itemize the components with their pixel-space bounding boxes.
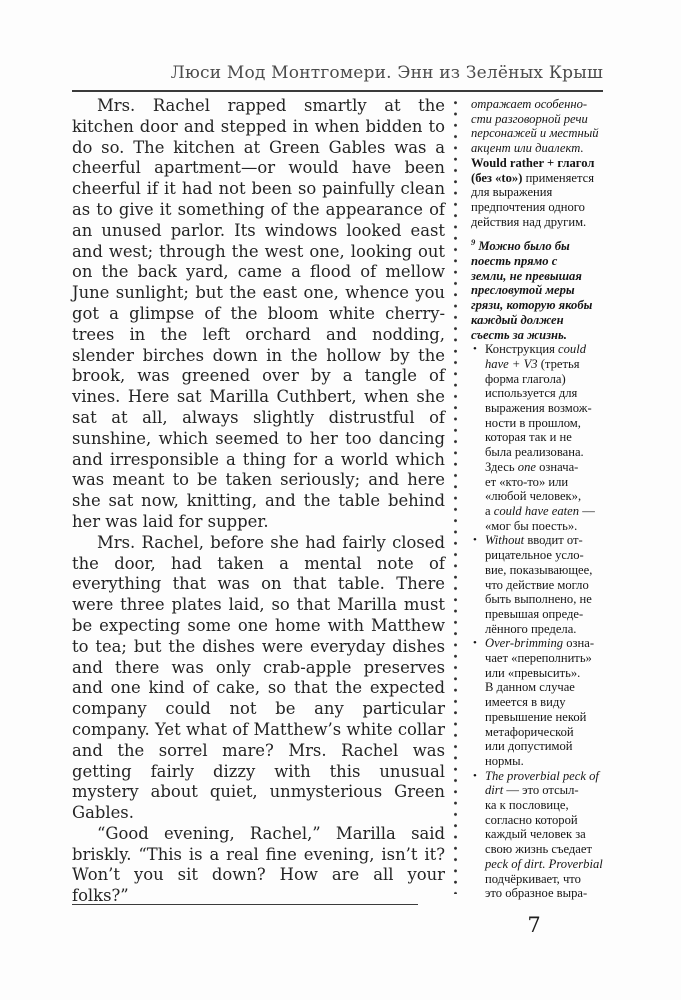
header-divider: [72, 90, 603, 92]
running-header-title: Люси Мод Монтгомери. Энн из Зелёных Крыш: [72, 63, 603, 83]
note-text-segment: озна- чает «переполнить» или «превысить»…: [485, 636, 594, 768]
note-text-segment: Without: [485, 533, 524, 547]
bullet-icon: •: [473, 636, 477, 651]
margin-notes-column: отражает особенно- сти разговорной речи …: [471, 97, 606, 901]
footer-divider: [72, 904, 418, 905]
note-text-segment: one: [518, 460, 536, 474]
page-number: 7: [471, 912, 597, 938]
note-text-segment: Over-brimming: [485, 636, 563, 650]
note-text-segment: отражает особенно- сти разговорной речи …: [471, 97, 599, 155]
margin-note: •Without вводит от- рицательное усло- ви…: [471, 533, 606, 636]
book-page: Люси Мод Монтгомери. Энн из Зелёных Крыш…: [0, 0, 681, 1000]
note-text-segment: подчёркивает, что это образное выра-: [485, 872, 587, 901]
bullet-icon: •: [473, 533, 477, 548]
note-text-segment: Конструкция: [485, 342, 558, 356]
margin-note: •Конструкция could have + V3 (третья фор…: [471, 342, 606, 533]
paragraph: Mrs. Rachel rapped smartly at the kitche…: [72, 96, 445, 533]
note-text-segment: (третья форма глагола) используется для …: [485, 357, 592, 474]
bullet-icon: •: [473, 769, 477, 784]
paragraph: Mrs. Rachel, before she had fairly close…: [72, 533, 445, 824]
note-text-segment: could have eaten: [494, 504, 579, 518]
note-text-segment: вводит от- рицательное усло- вие, показы…: [485, 533, 592, 635]
bullet-icon: •: [473, 342, 477, 357]
margin-note: отражает особенно- сти разговорной речи …: [471, 97, 606, 229]
margin-note: 9 Можно было бы поесть прямо с земли, не…: [471, 239, 606, 342]
main-text-column: Mrs. Rachel rapped smartly at the kitche…: [72, 96, 445, 907]
dotted-column-separator: [454, 101, 457, 894]
margin-note: •Over-brimming озна- чает «переполнить» …: [471, 636, 606, 768]
note-text-segment: Можно было бы поесть прямо с земли, не п…: [471, 239, 592, 341]
paragraph: “Good evening, Rachel,” Marilla said bri…: [72, 824, 445, 907]
note-text-segment: peck of dirt. Proverbial: [485, 857, 603, 871]
margin-note: •The proverbial peck of dirt — это отсыл…: [471, 769, 606, 901]
